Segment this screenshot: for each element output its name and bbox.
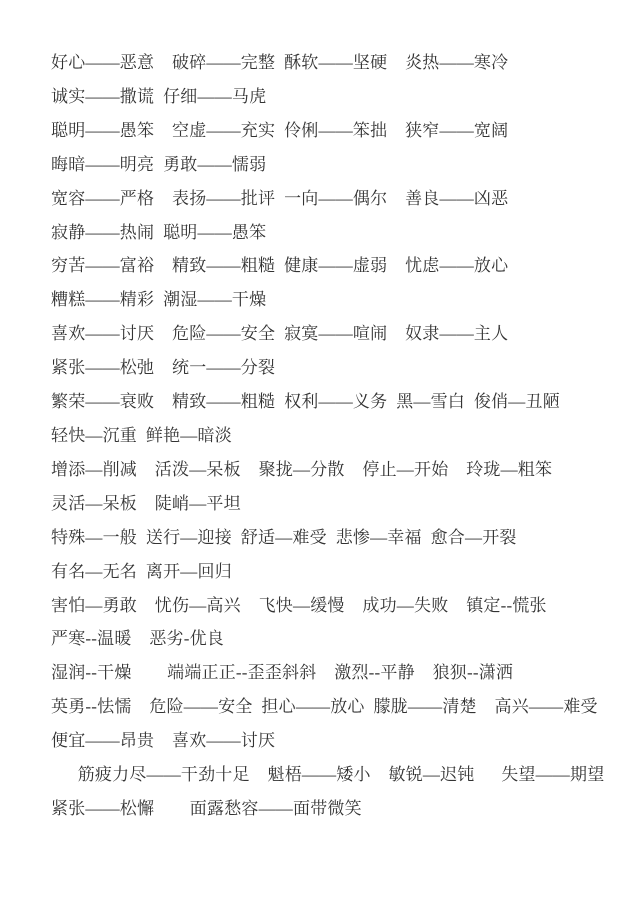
antonym-line-22: 筋疲力尽——干劲十足 魁梧——矮小 敏锐—迟钝 失望——期望	[51, 758, 612, 792]
antonym-line-11: 繁荣——衰败 精致——粗糙 权利——义务 黑—雪白 俊俏—丑陋	[51, 385, 612, 419]
antonym-line-21: 便宜——昂贵 喜欢——讨厌	[51, 724, 612, 758]
antonym-line-14: 灵活—呆板 陡峭—平坦	[51, 487, 612, 521]
antonym-line-5: 宽容——严格 表扬——批评 一向——偶尔 善良——凶恶	[51, 182, 612, 216]
antonym-line-19: 湿润--干燥 端端正正--歪歪斜斜 激烈--平静 狼狈--潇洒	[51, 656, 612, 690]
antonym-line-18: 严寒--温暖 恶劣-优良	[51, 622, 612, 656]
antonym-line-7: 穷苦——富裕 精致——粗糙 健康——虚弱 忧虑——放心	[51, 249, 612, 283]
antonym-line-9: 喜欢——讨厌 危险——安全 寂寞——喧闹 奴隶——主人	[51, 317, 612, 351]
antonym-line-3: 聪明——愚笨 空虚——充实 伶俐——笨拙 狭窄——宽阔	[51, 114, 612, 148]
antonym-line-12: 轻快—沉重 鲜艳—暗淡	[51, 419, 612, 453]
antonym-line-17: 害怕—勇敢 忧伤—高兴 飞快—缓慢 成功—失败 镇定--慌张	[51, 589, 612, 623]
antonym-line-4: 晦暗——明亮 勇敢——懦弱	[51, 148, 612, 182]
antonym-line-23: 紧张——松懈 面露愁容——面带微笑	[51, 792, 612, 826]
worksheet-page: 好心——恶意 破碎——完整 酥软——坚硬 炎热——寒冷 诚实——撒谎 仔细——马…	[0, 0, 640, 905]
antonym-line-15: 特殊—一般 送行—迎接 舒适—难受 悲惨—幸福 愈合—开裂	[51, 521, 612, 555]
antonym-line-6: 寂静——热闹 聪明——愚笨	[51, 216, 612, 250]
antonym-line-20: 英勇--怯懦 危险——安全 担心——放心 朦胧——清楚 高兴——难受	[51, 690, 612, 724]
antonym-line-8: 糟糕——精彩 潮湿——干燥	[51, 283, 612, 317]
antonym-list: 好心——恶意 破碎——完整 酥软——坚硬 炎热——寒冷 诚实——撒谎 仔细——马…	[0, 0, 640, 826]
antonym-line-1: 好心——恶意 破碎——完整 酥软——坚硬 炎热——寒冷	[51, 46, 612, 80]
antonym-line-10: 紧张——松弛 统一——分裂	[51, 351, 612, 385]
antonym-line-16: 有名—无名 离开—回归	[51, 555, 612, 589]
antonym-line-13: 增添—削减 活泼—呆板 聚拢—分散 停止—开始 玲珑—粗笨	[51, 453, 612, 487]
antonym-line-2: 诚实——撒谎 仔细——马虎	[51, 80, 612, 114]
